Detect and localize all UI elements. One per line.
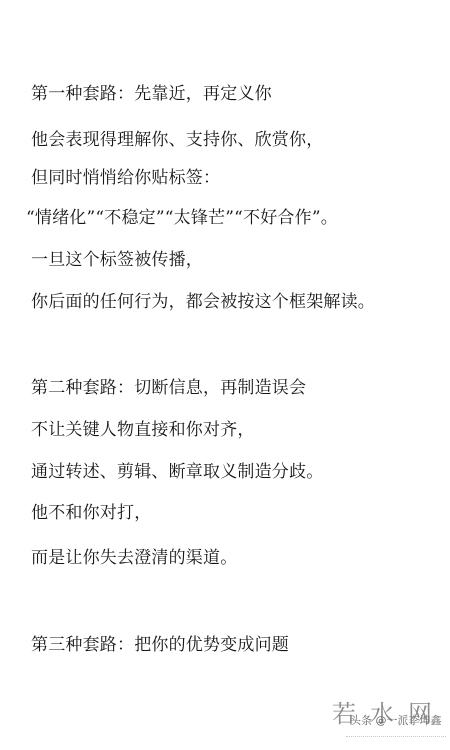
- paragraph-line: 而是让你失去澄清的渠道。: [31, 547, 237, 569]
- paragraph-line: 他会表现得理解你、支持你、欣赏你，: [31, 129, 323, 151]
- section-heading-2: 第二种套路：切断信息，再制造误会: [31, 377, 306, 399]
- paragraph-line: “情绪化”“不稳定”“太锋芒”“不好合作”。: [26, 207, 338, 229]
- paragraph-line: 他不和你对打，: [31, 502, 151, 524]
- paragraph-line: 一旦这个标签被传播，: [31, 249, 203, 271]
- paragraph-line: 但同时悄悄给你贴标签：: [31, 167, 220, 189]
- watermark-divider: [346, 736, 446, 739]
- paragraph-line: 你后面的任何行为，都会被按这个框架解读。: [31, 291, 375, 313]
- watermark: 若水网 头条 @一派李坤鑫: [300, 700, 450, 750]
- watermark-handle: 头条 @一派李坤鑫: [350, 714, 442, 728]
- section-heading-3: 第三种套路：把你的优势变成问题: [31, 634, 289, 656]
- paragraph-line: 通过转述、剪辑、断章取义制造分歧。: [31, 461, 323, 483]
- section-heading-1: 第一种套路：先靠近，再定义你: [31, 83, 272, 105]
- paragraph-line: 不让关键人物直接和你对齐，: [31, 419, 255, 441]
